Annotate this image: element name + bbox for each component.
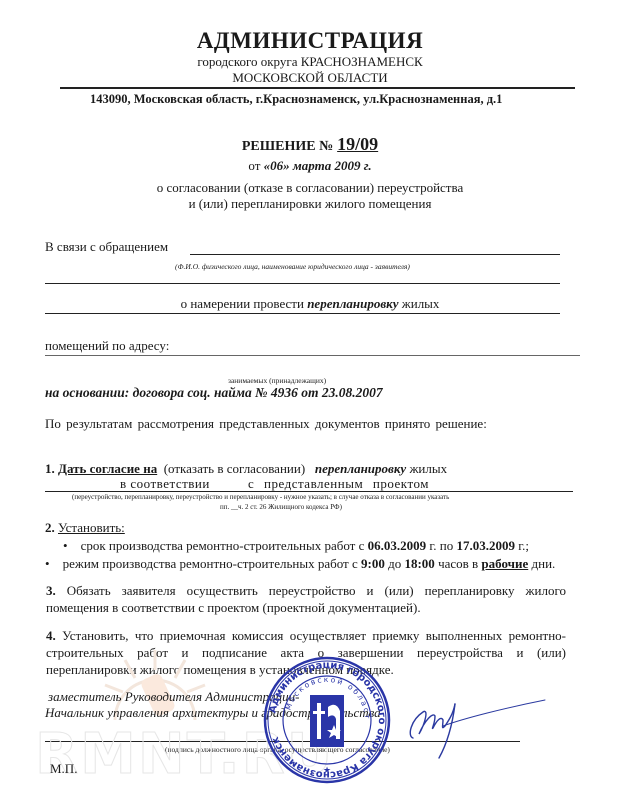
- section-1-number: 1.: [45, 461, 55, 476]
- results-intro: По результатам рассмотрения представленн…: [45, 416, 487, 432]
- decision-subject-line2: и (или) перепланировки жилого помещения: [0, 196, 620, 212]
- org-subtitle-region: МОСКОВСКОЙ ОБЛАСТИ: [0, 70, 620, 86]
- applicant-field-line: [190, 254, 560, 255]
- section-1-line: [45, 491, 573, 492]
- section-3-number: 3.: [46, 583, 56, 598]
- bullet-1-suffix: г.;: [518, 538, 529, 553]
- section-1-accord-a: в соответствии: [120, 476, 210, 492]
- section-2-number: 2.: [45, 520, 55, 535]
- work-days: рабочие: [481, 556, 528, 571]
- decision-subject-line1: о согласовании (отказе в согласовании) п…: [0, 180, 620, 196]
- org-title: АДМИНИСТРАЦИЯ: [0, 28, 620, 54]
- decision-number: 19/09: [337, 134, 378, 154]
- address-label: помещений по адресу:: [45, 338, 169, 354]
- decision-label: РЕШЕНИЕ №: [242, 139, 333, 154]
- section-3-text: Обязать заявителя осуществить переустрой…: [46, 583, 566, 615]
- section-1-hint-1: (переустройство, перепланировку, переуст…: [72, 493, 449, 501]
- consent-option: Дать согласие на: [58, 461, 157, 476]
- decision-date: от «06» марта 2009 г.: [0, 158, 620, 174]
- basis-text: на основании: договора соц. найма № 4936…: [45, 385, 383, 401]
- section-2-bullet-2: • режим производства ремонтно-строительн…: [45, 556, 555, 572]
- section-1-object-suffix: жилых: [409, 461, 447, 476]
- intent-line: о намерении провести перепланировку жилы…: [0, 296, 620, 312]
- header-divider: [60, 87, 575, 89]
- applicant-hint: (Ф.И.О. физического лица, наименование ю…: [175, 262, 410, 271]
- section-2-heading: 2. Установить:: [45, 520, 125, 536]
- section-3: 3. Обязать заявителя осуществить переуст…: [46, 582, 566, 616]
- date-value: «06» марта 2009 г.: [264, 158, 372, 173]
- address-field-line: [45, 355, 580, 356]
- section-4-number: 4.: [46, 628, 56, 643]
- occupied-hint: занимаемых (принадлежащих): [228, 376, 326, 385]
- handwritten-signature-icon: [395, 690, 555, 760]
- section-1-accord-b: с представленным проектом: [248, 476, 429, 492]
- section-1-line1: 1. Дать согласие на (отказать в согласов…: [45, 461, 447, 477]
- refuse-option: (отказать в согласовании): [164, 461, 305, 476]
- bullet-1-mid: г. по: [429, 538, 453, 553]
- bullet-icon: •: [63, 538, 68, 553]
- stamp-star-icon: ★: [323, 765, 331, 775]
- section-1-object: перепланировку: [315, 461, 406, 476]
- bullet-2-prefix: режим производства ремонтно-строительных…: [63, 556, 358, 571]
- work-hours-end: 18:00: [404, 556, 434, 571]
- bullet-icon: •: [45, 556, 50, 571]
- intent-prefix: о намерении провести: [181, 296, 304, 311]
- bullet-2-mid: до: [388, 556, 401, 571]
- org-address: 143090, Московская область, г.Краснознам…: [90, 92, 502, 107]
- section-1-hint-2: пп. __ч. 2 ст. 26 Жилищного кодекса РФ): [220, 503, 342, 511]
- seal-label: М.П.: [50, 761, 77, 777]
- bullet-1-prefix: срок производства ремонтно-строительных …: [81, 538, 365, 553]
- org-subtitle-district: городского округа КРАСНОЗНАМЕНСК: [0, 54, 620, 70]
- official-stamp-icon: Администрация городского округа Краснозн…: [262, 655, 392, 785]
- intent-field-line: [45, 313, 560, 314]
- works-start-date: 06.03.2009: [368, 538, 427, 553]
- date-prefix: от: [248, 158, 260, 173]
- intent-value: перепланировку: [307, 296, 398, 311]
- bullet-2-suffix: дни.: [532, 556, 556, 571]
- section-2-label: Установить:: [58, 520, 125, 535]
- applicant-field-line-2: [45, 283, 560, 284]
- applicant-label: В связи с обращением: [45, 239, 168, 255]
- bullet-2-mid2: часов в: [438, 556, 478, 571]
- works-end-date: 17.03.2009: [456, 538, 515, 553]
- intent-suffix: жилых: [402, 296, 440, 311]
- work-hours-start: 9:00: [361, 556, 385, 571]
- decision-heading: РЕШЕНИЕ №19/09: [0, 134, 620, 155]
- section-2-bullet-1: • срок производства ремонтно-строительны…: [63, 538, 529, 554]
